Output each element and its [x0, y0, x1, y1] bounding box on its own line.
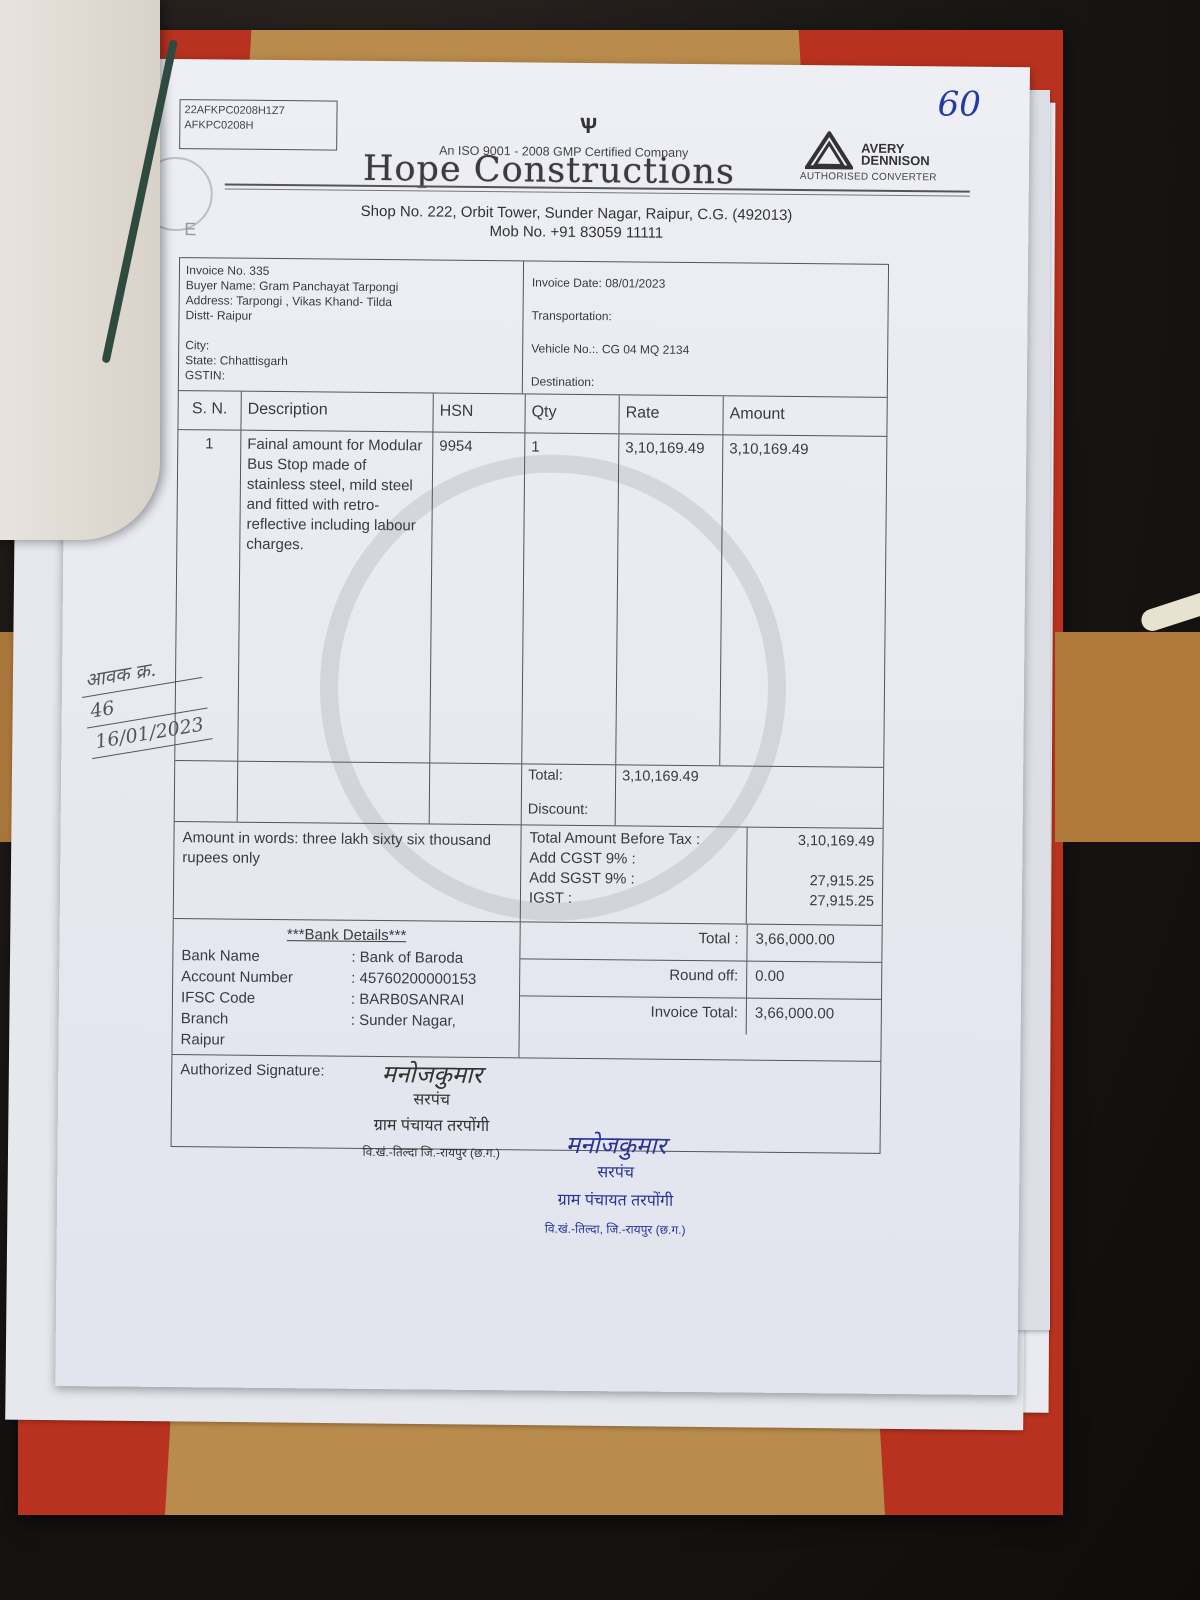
round-off-row: Round off: 0.00: [520, 959, 881, 999]
item-amount: 3,10,169.49: [719, 435, 886, 767]
invoice-sheet: 60 22AFKPC0208H1Z7 AFKPC0208H E Ѱ An ISO…: [55, 58, 1030, 1395]
col-sn: S. N.: [178, 391, 240, 430]
column-header-row: S. N. Description HSN Qty Rate Amount: [178, 390, 886, 436]
bank-details: ***Bank Details*** Bank Name : Bank of B…: [172, 919, 519, 1057]
buyer-district: Distt- Raipur: [185, 308, 516, 326]
invoice-total-row: Invoice Total: 3,66,000.00: [520, 996, 881, 1035]
invoice-header-row: Invoice No. 335 Buyer Name: Gram Panchay…: [179, 258, 888, 397]
cgst-label: Add CGST 9% :: [529, 848, 738, 870]
table-row: 1 Fainal amount for Modular Bus Stop mad…: [175, 429, 886, 767]
col-hsn: HSN: [432, 394, 524, 433]
subtotal-value: 3,10,169.49: [615, 765, 884, 828]
buyer-gstin: GSTIN:: [185, 368, 516, 386]
branch-city: Raipur: [180, 1029, 510, 1053]
igst-label: IGST :: [529, 888, 738, 910]
buyer-details: Invoice No. 335 Buyer Name: Gram Panchay…: [179, 258, 523, 393]
faded-logo-text: E: [184, 219, 196, 240]
invoice-total: 3,66,000.00: [746, 999, 881, 1036]
shipping-details: Invoice Date: 08/01/2023 Transportation:…: [522, 261, 888, 396]
item-description: Fainal amount for Modular Bus Stop made …: [237, 431, 432, 763]
total-before-tax-label: Total Amount Before Tax :: [529, 828, 738, 850]
gstin-line: 22AFKPC0208H1Z7: [184, 103, 332, 119]
vehicle-number: Vehicle No.:. CG 04 MQ 2134: [531, 332, 879, 368]
total-before-tax: 3,10,169.49: [755, 831, 874, 852]
buyer-state: State: Chhattisgarh: [185, 353, 516, 371]
authorized-signature-label: Authorized Signature:: [180, 1061, 872, 1085]
cgst-value: 27,915.25: [755, 871, 874, 892]
gstin-box: 22AFKPC0208H1Z7 AFKPC0208H: [179, 99, 337, 151]
folder-strap-right: [1055, 632, 1200, 842]
invoice-table: Invoice No. 335 Buyer Name: Gram Panchay…: [171, 257, 890, 1154]
amount-in-words: Amount in words: three lakh sixty six th…: [174, 822, 521, 921]
transportation: Transportation:: [531, 299, 879, 335]
branch-line: Branch : Sunder Nagar,: [181, 1008, 511, 1032]
totals-block: Total : 3,66,000.00 Round off: 0.00 Invo…: [518, 922, 881, 1060]
tax-values: 3,10,169.49 27,915.25 27,915.25: [746, 828, 883, 925]
col-amount: Amount: [722, 396, 886, 436]
item-rate: 3,10,169.49: [615, 434, 722, 765]
subtotal-labels: Total: Discount:: [521, 764, 616, 825]
bank-details-title: ***Bank Details***: [181, 923, 511, 947]
bank-and-totals: ***Bank Details*** Bank Name : Bank of B…: [172, 918, 881, 1061]
signature-row: Authorized Signature:: [172, 1054, 881, 1153]
sgst-label: Add SGST 9% :: [529, 868, 738, 890]
avery-dennison-logo-icon: [805, 131, 853, 169]
sarpanch-stamp-black: मनोजकुमार सरपंच ग्राम पंचायत तरपोंगी वि.…: [362, 1061, 500, 1166]
signature-scrawl: मनोजकुमार: [363, 1061, 501, 1088]
tax-row: Amount in words: three lakh sixty six th…: [174, 821, 883, 925]
col-description: Description: [240, 392, 432, 432]
partner-subtitle: AUTHORISED CONVERTER: [800, 171, 937, 183]
item-qty: 1: [521, 433, 618, 764]
handwritten-page-number: 60: [937, 84, 981, 124]
col-rate: Rate: [618, 395, 722, 434]
branch: : Sunder Nagar,: [351, 1010, 456, 1032]
sarpanch-stamp-blue: मनोजकुमार सरपंच ग्राम पंचायत तरपोंगी वि.…: [545, 1131, 687, 1244]
item-hsn: 9954: [429, 433, 524, 764]
account-number: : 45760200000153: [351, 968, 476, 990]
handwritten-inward-note: आवक क्र. 46 16/01/2023: [77, 647, 212, 759]
tax-labels: Total Amount Before Tax : Add CGST 9% : …: [520, 825, 747, 923]
company-address: Shop No. 222, Orbit Tower, Sunder Nagar,…: [266, 201, 886, 245]
subtotal-label: Total:: [528, 767, 609, 784]
sgst-value: 27,915.25: [755, 891, 874, 912]
col-qty: Qty: [524, 394, 618, 433]
grand-total: 3,66,000.00: [746, 925, 881, 962]
signature-scrawl: मनोजकुमार: [545, 1131, 686, 1160]
bank-name: : Bank of Baroda: [351, 947, 463, 969]
turned-page: [0, 0, 160, 540]
discount-label: Discount:: [528, 801, 609, 818]
grand-total-row: Total : 3,66,000.00: [520, 922, 881, 962]
invoice-date: Invoice Date: 08/01/2023: [532, 266, 880, 302]
round-off: 0.00: [746, 962, 881, 999]
pan-line: AFKPC0208H: [184, 118, 332, 134]
ifsc-code: : BARB0SANRAI: [351, 989, 465, 1011]
subtotal-row: Total: Discount: 3,10,169.49: [175, 760, 884, 828]
trident-logo-icon: Ѱ: [579, 113, 597, 139]
partner-name: AVERY DENNISON: [861, 143, 930, 168]
